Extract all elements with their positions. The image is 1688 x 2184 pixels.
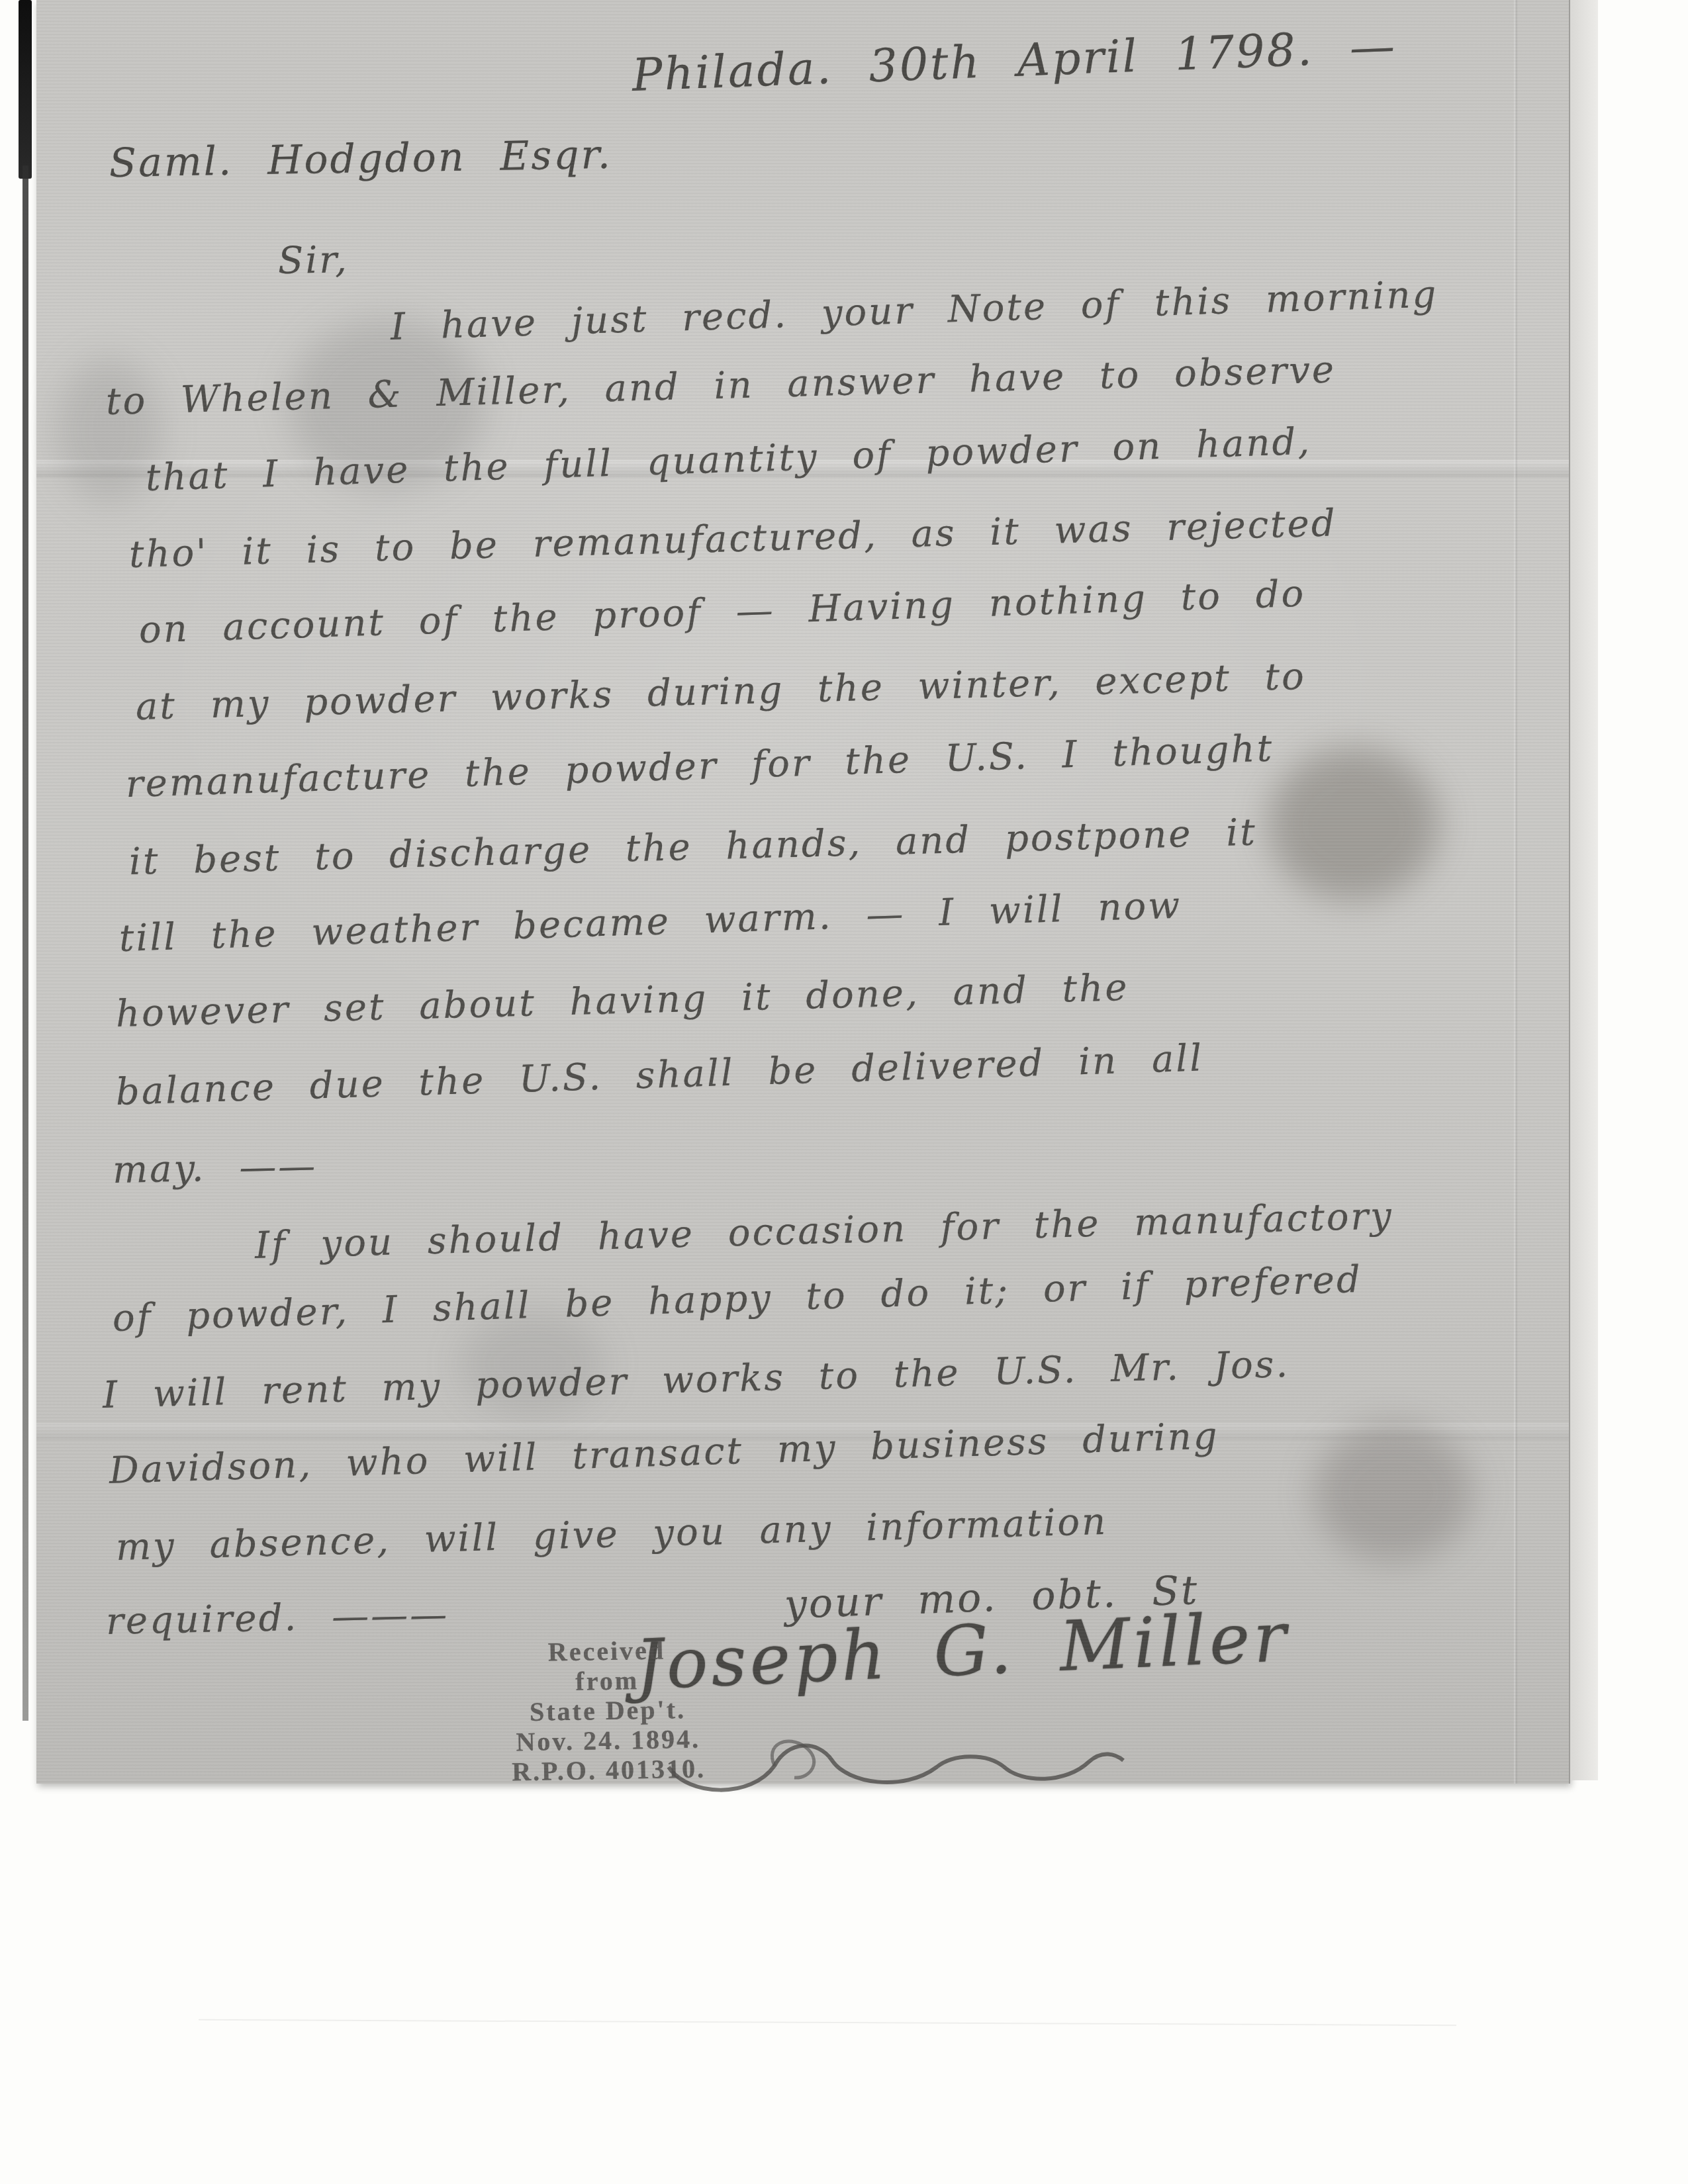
- letter-line: till the weather became warm. — I will n…: [118, 884, 1182, 960]
- under-sheet-edge: [1570, 0, 1598, 1780]
- scan-edge-mark: [19, 0, 32, 179]
- ink-stain: [1314, 1423, 1473, 1562]
- scan-edge-line: [23, 165, 28, 1721]
- stamp-line: State Dep't.: [452, 1693, 764, 1728]
- letter-line: at my powder works during the winter, ex…: [135, 655, 1306, 729]
- letter-line: however set about having it done, and th…: [115, 966, 1129, 1036]
- salutation: Sir,: [277, 238, 349, 283]
- letter-line: I will rent my powder works to the U.S. …: [102, 1343, 1290, 1417]
- ink-stain: [1268, 748, 1440, 900]
- letter-line: may. ——: [112, 1145, 318, 1192]
- stamp-line: R.P.O. 401310.: [453, 1752, 765, 1788]
- letter-line: my absence, will give you any informatio…: [115, 1500, 1108, 1569]
- scan-streak: [199, 2019, 1456, 2026]
- letter-paper: Philada. 30th April 1798. — Saml. Hodgdo…: [36, 0, 1570, 1784]
- dateline: Philada. 30th April 1798. —: [631, 21, 1397, 102]
- letter-line: tho' it is to be remanufactured, as it w…: [128, 502, 1337, 576]
- letter-line: balance due the U.S. shall be delivered …: [115, 1036, 1204, 1114]
- fold-crease-vertical: [1514, 0, 1517, 1784]
- letter-line: required. ———: [105, 1593, 449, 1643]
- letter-line: of powder, I shall be happy to do it; or…: [112, 1258, 1363, 1340]
- letter-line: it best to discharge the hands, and post…: [128, 811, 1257, 884]
- letter-line: remanufacture the powder for the U.S. I …: [125, 727, 1274, 806]
- letter-line: If you should have occasion for the manu…: [254, 1195, 1393, 1267]
- letter-line: to Whelen & Miller, and in answer have t…: [105, 348, 1336, 424]
- letter-line: on account of the proof — Having nothing…: [138, 572, 1306, 652]
- recipient-line: Saml. Hodgdon Esqr.: [109, 132, 612, 187]
- received-stamp: Received from State Dep't. Nov. 24. 1894…: [451, 1633, 765, 1788]
- scanned-letter-page: Philada. 30th April 1798. — Saml. Hodgdo…: [0, 0, 1688, 2184]
- letter-line: I have just recd. your Note of this morn…: [390, 273, 1438, 349]
